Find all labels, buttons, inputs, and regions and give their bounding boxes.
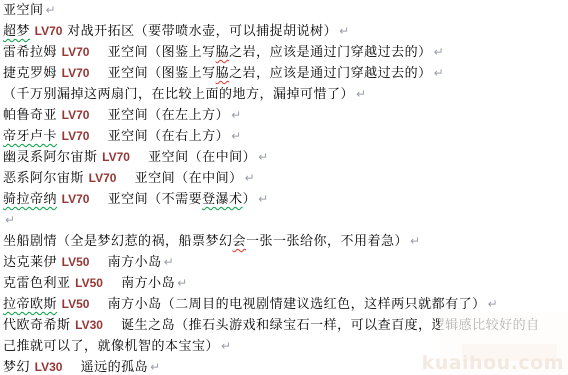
paragraph-mark-icon: ↵ — [148, 360, 161, 374]
paragraph-mark-icon: ↵ — [486, 297, 499, 311]
text-segment: 一张一张给你，不用着急） — [246, 234, 408, 249]
level-label: LV70 — [35, 24, 63, 38]
text-segment: 亚空间（在右上方） — [89, 129, 229, 144]
text-segment: 幽灵系阿尔宙斯 — [3, 150, 102, 165]
watermark-text: kuaihou.com — [422, 352, 564, 374]
text-segment: 亚空间（图鉴上写 — [89, 45, 215, 60]
level-label: LV70 — [62, 45, 90, 59]
document-page: 亚空间↵超梦 LV70 对战开拓区（要带喷水壶，可以捕捉胡说树）↵雷希拉姆 LV… — [0, 0, 568, 375]
text-line[interactable]: 幽灵系阿尔宙斯 LV70 亚空间（在中间）↵ — [3, 147, 568, 168]
level-label: LV70 — [62, 192, 90, 206]
text-segment: 雷希拉姆 — [3, 45, 62, 60]
text-segment: 遥远的孤岛 — [62, 360, 148, 375]
text-line[interactable]: ↵ — [3, 210, 568, 231]
text-segment: 之岩，应该是通过门穿越过去的） — [229, 66, 432, 81]
level-label: LV50 — [62, 255, 90, 269]
text-segment: 亚空间（不需要 — [89, 192, 202, 207]
spellcheck-flagged-text: 超梦 — [3, 24, 30, 39]
paragraph-mark-icon: ↵ — [3, 213, 16, 227]
spellcheck-flagged-text: 脇 — [216, 45, 230, 60]
level-label: LV70 — [89, 171, 117, 185]
text-line[interactable]: 骑拉帝纳 LV70 亚空间（不需要登瀑术）↵ — [3, 189, 568, 210]
level-label: LV70 — [62, 129, 90, 143]
spellcheck-flagged-text: 帝牙卢卡 — [3, 129, 57, 144]
text-line[interactable]: 雷希拉姆 LV70 亚空间（图鉴上写脇之岩，应该是通过门穿越过去的）↵ — [3, 42, 568, 63]
level-label: LV30 — [75, 318, 103, 332]
text-segment: 达克莱伊 — [3, 255, 62, 270]
text-line[interactable]: 帝牙卢卡 LV70 亚空间（在右上方）↵ — [3, 126, 568, 147]
text-segment: 亚空间（在中间） — [116, 171, 242, 186]
text-segment: 对战开拓区（要带喷水壶，可以捕捉胡说树） — [62, 24, 337, 39]
paragraph-mark-icon: ↵ — [229, 108, 242, 122]
text-line[interactable]: 帕鲁奇亚 LV70 亚空间（在左上方）↵ — [3, 105, 568, 126]
text-line[interactable]: 捷克罗姆 LV70 亚空间（图鉴上写脇之岩，应该是通过门穿越过去的）↵ — [3, 63, 568, 84]
text-segment: 己推就可以了，就像机智的本宝宝） — [3, 339, 219, 354]
text-segment: 帕鲁奇亚 — [3, 108, 62, 123]
paragraph-mark-icon: ↵ — [219, 339, 232, 353]
text-segment: 梦幻 — [3, 360, 35, 375]
paragraph-mark-icon: ↵ — [44, 3, 57, 17]
paragraph-mark-icon: ↵ — [432, 45, 445, 59]
text-segment: 坐船剧情（全是梦幻惹的祸，船票梦幻 — [3, 234, 233, 249]
paragraph-mark-icon: ↵ — [432, 66, 445, 80]
paragraph-mark-icon: ↵ — [229, 129, 242, 143]
text-segment: 恶系阿尔宙斯 — [3, 171, 89, 186]
spellcheck-flagged-text: 登瀑术 — [202, 192, 243, 207]
level-label: LV50 — [62, 297, 90, 311]
level-label: LV50 — [75, 276, 103, 290]
paragraph-mark-icon: ↵ — [256, 150, 269, 164]
spellcheck-flagged-text: 骑拉帝纳 — [3, 192, 57, 207]
spellcheck-flagged-text: 脇 — [216, 66, 230, 81]
paragraph-mark-icon: ↵ — [337, 24, 350, 38]
level-label: LV30 — [35, 360, 63, 374]
text-segment: 亚空间（在中间） — [130, 150, 256, 165]
text-segment: 亚空间 — [3, 3, 44, 18]
text-segment: 代欧奇希斯 — [3, 318, 75, 333]
text-segment: 亚空间（图鉴上写 — [89, 66, 215, 81]
text-segment: （千万别漏掉这两扇门，在比较上面的地方，漏掉可惜了） — [3, 87, 354, 102]
level-label: LV70 — [102, 150, 130, 164]
paragraph-mark-icon: ↵ — [175, 276, 188, 290]
text-segment: 克雷色利亚 — [3, 276, 75, 291]
text-segment: 捷克罗姆 — [3, 66, 62, 81]
text-line[interactable]: 超梦 LV70 对战开拓区（要带喷水壶，可以捕捉胡说树）↵ — [3, 21, 568, 42]
paragraph-mark-icon: ↵ — [162, 255, 175, 269]
level-label: LV70 — [62, 108, 90, 122]
watermark-overlay: kuaihou.com — [440, 312, 568, 375]
text-segment: ） — [243, 192, 257, 207]
text-segment: 南方小岛 — [103, 276, 175, 291]
level-label: LV70 — [62, 66, 90, 80]
paragraph-mark-icon: ↵ — [256, 192, 269, 206]
paragraph-mark-icon: ↵ — [243, 171, 256, 185]
paragraph-mark-icon: ↵ — [408, 234, 421, 248]
text-segment: 亚空间（在左上方） — [89, 108, 229, 123]
text-line[interactable]: 坐船剧情（全是梦幻惹的祸，船票梦幻会一张一张给你，不用着急）↵ — [3, 231, 568, 252]
text-line[interactable]: 恶系阿尔宙斯 LV70 亚空间（在中间）↵ — [3, 168, 568, 189]
text-line[interactable]: 达克莱伊 LV50 南方小岛↵ — [3, 252, 568, 273]
paragraph-mark-icon: ↵ — [354, 87, 367, 101]
text-segment: 南方小岛（二周目的电视剧情建议选红色，这样两只就都有了） — [89, 297, 485, 312]
spellcheck-flagged-text: 拉帝欧斯 — [3, 297, 57, 312]
text-line[interactable]: 克雷色利亚 LV50 南方小岛↵ — [3, 273, 568, 294]
spellcheck-flagged-text: 会 — [233, 234, 247, 249]
text-line[interactable]: （千万别漏掉这两扇门，在比较上面的地方，漏掉可惜了）↵ — [3, 84, 568, 105]
text-line[interactable]: 亚空间↵ — [3, 0, 568, 21]
text-segment: 之岩，应该是通过门穿越过去的） — [229, 45, 432, 60]
text-segment: 南方小岛 — [89, 255, 161, 270]
